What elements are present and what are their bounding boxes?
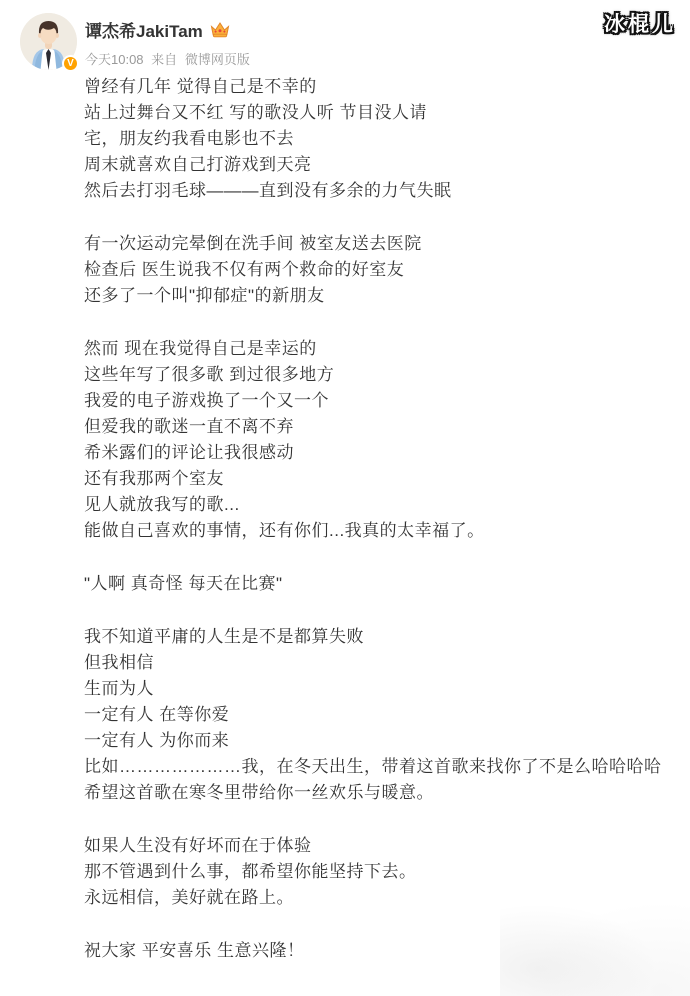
vip-crown-icon (210, 21, 230, 38)
post-meta: 今天10:08 来自 微博网页版 (85, 49, 254, 68)
post-line: 生而为人 (84, 676, 665, 702)
post-paragraph: 有一次运动完晕倒在洗手间 被室友送去医院检查后 医生说我不仅有两个救命的好室友还… (84, 231, 665, 309)
post-line: 希望这首歌在寒冬里带给你一丝欢乐与暖意。 (84, 780, 665, 806)
post-line: 永远相信，美好就在路上。 (84, 885, 665, 911)
header-meta: 谭杰希JakiTam 今天10:08 来自 微博网页版 (85, 17, 254, 68)
post-body: 曾经有几年 觉得自己是不幸的站上过舞台又不红 写的歌没人听 节目没人请宅，朋友约… (84, 74, 665, 991)
post-line: 我爱的电子游戏换了一个又一个 (84, 388, 665, 414)
weibo-post-page: 冰棍儿 (0, 0, 690, 996)
post-line: 检查后 医生说我不仅有两个救命的好室友 (84, 257, 665, 283)
post-line: 还多了一个叫"抑郁症"的新朋友 (84, 283, 665, 309)
post-line: 祝大家 平安喜乐 生意兴隆！ (84, 938, 665, 964)
post-line: 见人就放我写的歌... (84, 492, 665, 518)
post-line: "人啊 真奇怪 每天在比赛" (84, 571, 665, 597)
post-paragraph: 如果人生没有好坏而在于体验那不管遇到什么事，都希望你能坚持下去。永远相信，美好就… (84, 833, 665, 911)
post-line: 站上过舞台又不红 写的歌没人听 节目没人请 (84, 100, 665, 126)
post-line: 这些年写了很多歌 到过很多地方 (84, 362, 665, 388)
post-line: 还有我那两个室友 (84, 466, 665, 492)
post-line: 比如…………………我，在冬天出生，带着这首歌来找你了不是么哈哈哈哈 (84, 754, 665, 780)
post-line: 一定有人 为你而来 (84, 728, 665, 754)
post-line: 那不管遇到什么事，都希望你能坚持下去。 (84, 859, 665, 885)
post-line: 但爱我的歌迷一直不离不弃 (84, 414, 665, 440)
post-line: 周末就喜欢自己打游戏到天亮 (84, 152, 665, 178)
source-prefix: 来自 (151, 52, 177, 67)
verified-badge: V (62, 55, 79, 72)
post-line: 如果人生没有好坏而在于体验 (84, 833, 665, 859)
post-line: 希米露们的评论让我很感动 (84, 440, 665, 466)
watermark: 冰棍儿 (604, 8, 676, 38)
timestamp[interactable]: 今天10:08 (85, 52, 144, 67)
source-app[interactable]: 微博网页版 (185, 52, 250, 67)
post-paragraph: 我不知道平庸的人生是不是都算失败但我相信生而为人一定有人 在等你爱一定有人 为你… (84, 624, 665, 806)
post-line: 但我相信 (84, 650, 665, 676)
post-line: 有一次运动完晕倒在洗手间 被室友送去医院 (84, 231, 665, 257)
post-line: 我不知道平庸的人生是不是都算失败 (84, 624, 665, 650)
username[interactable]: 谭杰希JakiTam (85, 17, 203, 42)
post-line: 曾经有几年 觉得自己是不幸的 (84, 74, 665, 100)
post-line: 然而 现在我觉得自己是幸运的 (84, 336, 665, 362)
post-paragraph: 祝大家 平安喜乐 生意兴隆！ (84, 938, 665, 964)
post-line: 然后去打羽毛球———直到没有多余的力气失眠 (84, 178, 665, 204)
post-line: 能做自己喜欢的事情，还有你们...我真的太幸福了。 (84, 518, 665, 544)
avatar[interactable]: V (20, 13, 77, 70)
post-paragraph: 曾经有几年 觉得自己是不幸的站上过舞台又不红 写的歌没人听 节目没人请宅，朋友约… (84, 74, 665, 204)
post-paragraph: "人啊 真奇怪 每天在比赛" (84, 571, 665, 597)
post-paragraph: 然而 现在我觉得自己是幸运的这些年写了很多歌 到过很多地方我爱的电子游戏换了一个… (84, 336, 665, 544)
post-line: 一定有人 在等你爱 (84, 702, 665, 728)
post-header: V 谭杰希JakiTam 今天10:08 来自 微博网页版 (20, 13, 670, 73)
post-line: 宅，朋友约我看电影也不去 (84, 126, 665, 152)
